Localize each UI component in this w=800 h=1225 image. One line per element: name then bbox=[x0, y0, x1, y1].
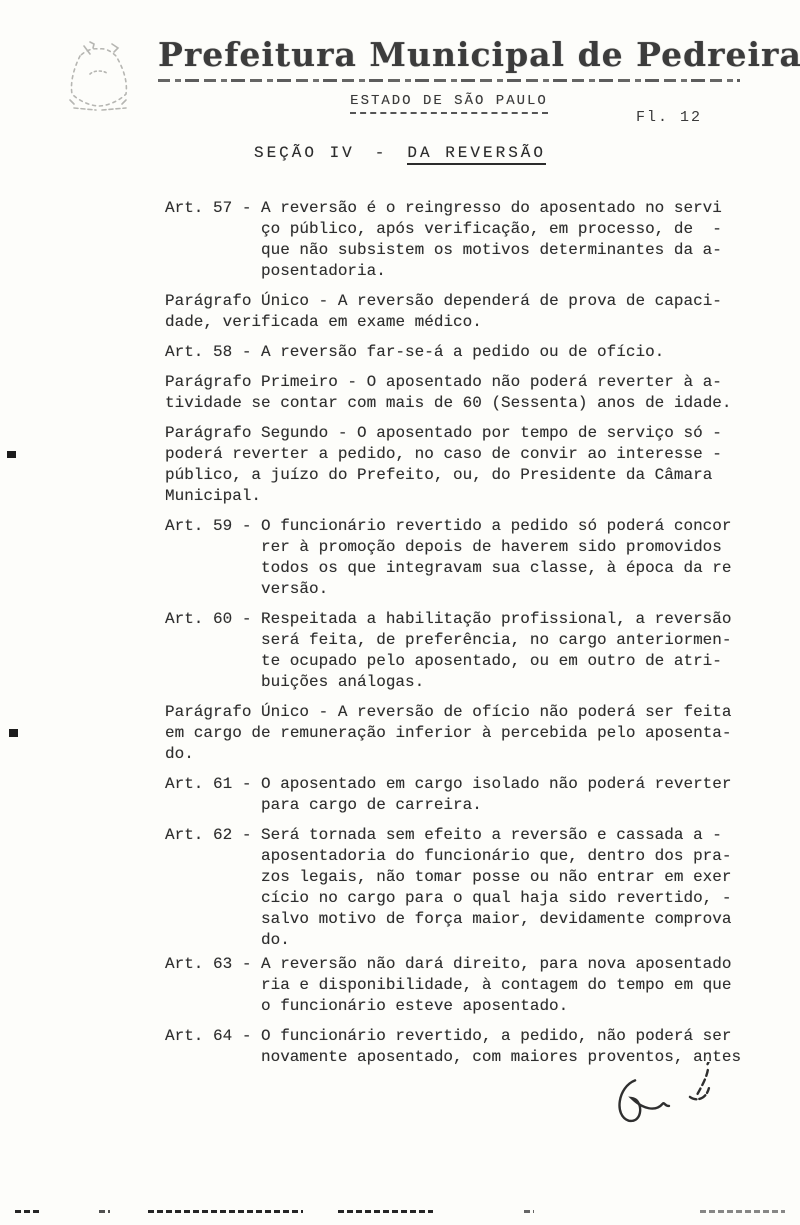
letterhead-rule bbox=[158, 79, 740, 82]
org-subtitle: ESTADO DE SÃO PAULO bbox=[350, 93, 548, 114]
text-line: cício no cargo para o qual haja sido rev… bbox=[261, 888, 750, 909]
text-line: O funcionário revertido, a pedido, não p… bbox=[261, 1026, 750, 1047]
paragraph-lines: A reversão não dará direito, para nova a… bbox=[261, 954, 750, 1017]
scan-mark bbox=[9, 729, 18, 737]
paragraph-lines: O aposentado em cargo isolado não poderá… bbox=[261, 774, 750, 816]
section-name: DA REVERSÃO bbox=[407, 144, 546, 165]
text-line: será feita, de preferência, no cargo ant… bbox=[261, 630, 750, 651]
paragraph-lines: A reversão far-se-á a pedido ou de ofíci… bbox=[261, 342, 750, 363]
text-line: A reversão é o reingresso do aposentado … bbox=[261, 198, 750, 219]
text-line: A reversão não dará direito, para nova a… bbox=[261, 954, 750, 975]
text-line: Parágrafo Único - A reversão dependerá d… bbox=[165, 291, 750, 312]
article-label: Art. 64 - bbox=[165, 1026, 261, 1068]
article-block: Art. 63 -A reversão não dará direito, pa… bbox=[165, 954, 750, 1017]
scan-mark bbox=[7, 451, 16, 458]
municipal-crest-icon bbox=[60, 34, 138, 120]
article-block: Art. 62 -Será tornada sem efeito a rever… bbox=[165, 825, 750, 951]
document-paragraphs: Art. 57 -A reversão é o reingresso do ap… bbox=[165, 198, 750, 1068]
text-line: público, a juízo do Prefeito, ou, do Pre… bbox=[165, 465, 750, 486]
article-label: Art. 61 - bbox=[165, 774, 261, 816]
handwritten-initials-icon bbox=[598, 1062, 738, 1137]
paragraph-block: Parágrafo Segundo - O aposentado por tem… bbox=[165, 423, 750, 507]
article-block: Art. 60 -Respeitada a habilitação profis… bbox=[165, 609, 750, 693]
text-line: zos legais, não tomar posse ou não entra… bbox=[261, 867, 750, 888]
text-line: o funcionário esteve aposentado. bbox=[261, 996, 750, 1017]
text-line: Parágrafo Primeiro - O aposentado não po… bbox=[165, 372, 750, 393]
article-label: Art. 60 - bbox=[165, 609, 261, 693]
article-label: Art. 57 - bbox=[165, 198, 261, 282]
scan-edge-artifact bbox=[0, 1209, 800, 1214]
text-line: todos os que integravam sua classe, à ép… bbox=[261, 558, 750, 579]
article-label: Art. 58 - bbox=[165, 342, 261, 363]
section-dash: - bbox=[375, 144, 388, 162]
text-line: versão. bbox=[261, 579, 750, 600]
text-line: para cargo de carreira. bbox=[261, 795, 750, 816]
text-line: ria e disponibilidade, à contagem do tem… bbox=[261, 975, 750, 996]
article-block: Art. 61 -O aposentado em cargo isolado n… bbox=[165, 774, 750, 816]
text-line: dade, verificada em exame médico. bbox=[165, 312, 750, 333]
text-line: do. bbox=[261, 930, 750, 951]
section-title: SEÇÃO IV-DA REVERSÃO bbox=[0, 144, 800, 162]
text-line: A reversão far-se-á a pedido ou de ofíci… bbox=[261, 342, 750, 363]
article-label: Art. 59 - bbox=[165, 516, 261, 600]
text-line: poderá reverter a pedido, no caso de con… bbox=[165, 444, 750, 465]
text-line: Será tornada sem efeito a reversão e cas… bbox=[261, 825, 750, 846]
article-block: Art. 59 -O funcionário revertido a pedid… bbox=[165, 516, 750, 600]
text-line: do. bbox=[165, 744, 750, 765]
text-line: tividade se contar com mais de 60 (Sesse… bbox=[165, 393, 750, 414]
paragraph-lines: Será tornada sem efeito a reversão e cas… bbox=[261, 825, 750, 951]
paragraph-lines: A reversão é o reingresso do aposentado … bbox=[261, 198, 750, 282]
text-line: buições análogas. bbox=[261, 672, 750, 693]
text-line: Municipal. bbox=[165, 486, 750, 507]
text-line: posentadoria. bbox=[261, 261, 750, 282]
paragraph-lines: Parágrafo Único - A reversão dependerá d… bbox=[165, 291, 750, 333]
letterhead: Prefeitura Municipal de Pedreira ESTADO … bbox=[158, 36, 740, 114]
article-label: Art. 63 - bbox=[165, 954, 261, 1017]
paragraph-lines: Parágrafo Segundo - O aposentado por tem… bbox=[165, 423, 750, 507]
paragraph-lines: Respeitada a habilitação profissional, a… bbox=[261, 609, 750, 693]
text-line: Respeitada a habilitação profissional, a… bbox=[261, 609, 750, 630]
text-line: que não subsistem os motivos determinant… bbox=[261, 240, 750, 261]
text-line: O funcionário revertido a pedido só pode… bbox=[261, 516, 750, 537]
org-name: Prefeitura Municipal de Pedreira bbox=[158, 36, 740, 74]
article-block: Art. 58 -A reversão far-se-á a pedido ou… bbox=[165, 342, 750, 363]
text-line: Parágrafo Segundo - O aposentado por tem… bbox=[165, 423, 750, 444]
folio-number: Fl. 12 bbox=[636, 109, 702, 126]
article-label: Art. 62 - bbox=[165, 825, 261, 951]
text-line: aposentadoria do funcionário que, dentro… bbox=[261, 846, 750, 867]
text-line: te ocupado pelo aposentado, ou em outro … bbox=[261, 651, 750, 672]
paragraph-block: Parágrafo Único - A reversão dependerá d… bbox=[165, 291, 750, 333]
paragraph-block: Parágrafo Primeiro - O aposentado não po… bbox=[165, 372, 750, 414]
text-line: Parágrafo Único - A reversão de ofício n… bbox=[165, 702, 750, 723]
text-line: O aposentado em cargo isolado não poderá… bbox=[261, 774, 750, 795]
paragraph-lines: Parágrafo Único - A reversão de ofício n… bbox=[165, 702, 750, 765]
paragraph-lines: O funcionário revertido a pedido só pode… bbox=[261, 516, 750, 600]
article-block: Art. 57 -A reversão é o reingresso do ap… bbox=[165, 198, 750, 282]
text-line: salvo motivo de força maior, devidamente… bbox=[261, 909, 750, 930]
text-line: em cargo de remuneração inferior à perce… bbox=[165, 723, 750, 744]
paragraph-block: Parágrafo Único - A reversão de ofício n… bbox=[165, 702, 750, 765]
paragraph-lines: Parágrafo Primeiro - O aposentado não po… bbox=[165, 372, 750, 414]
text-line: rer à promoção depois de haverem sido pr… bbox=[261, 537, 750, 558]
section-label: SEÇÃO IV bbox=[254, 144, 355, 162]
text-line: ço público, após verificação, em process… bbox=[261, 219, 750, 240]
